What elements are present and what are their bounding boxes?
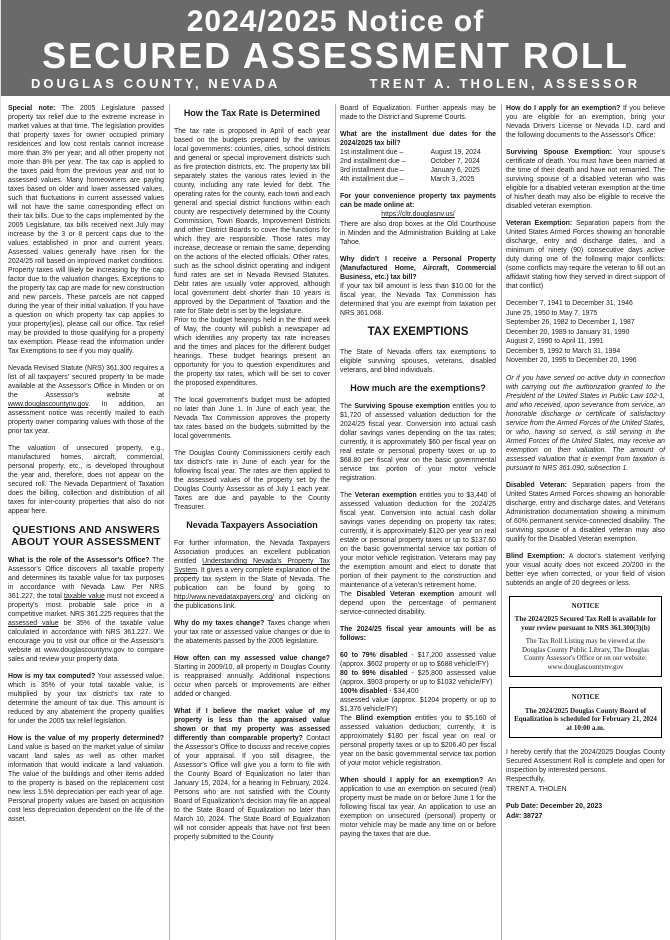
text-segment: I hereby certify that the 2024/2025 Doug… <box>506 749 665 774</box>
when-apply-paragraph: When should I apply for an exemption? An… <box>340 776 496 839</box>
link-text[interactable]: www.douglascountynv.gov <box>8 401 88 408</box>
text-segment: Respectfully, <box>506 776 545 783</box>
fiscal-amounts-lead: The 2024/25 fiscal year amounts will be … <box>340 625 496 643</box>
text-segment: entitles you to $3,440 of assessed valua… <box>340 492 496 589</box>
text-line: Pub Date: December 20, 2023 <box>506 802 665 812</box>
treasurer-payment-link[interactable]: https://cltr.douglasnv.us/ <box>340 210 496 219</box>
drop-boxes-paragraph: There are also drop boxes at the Old Cou… <box>340 220 496 247</box>
text-segment: The tax rate is proposed in April of eac… <box>174 128 330 315</box>
text-segment: If your tax bill amount is less than $10… <box>340 283 496 317</box>
text-line: TRENT A. THOLEN <box>506 785 665 795</box>
installment-date: March 3, 2025 <box>430 175 496 184</box>
signature-block: Respectfully,TRENT A. THOLEN <box>506 775 665 794</box>
notice-line: NOTICE <box>514 693 657 702</box>
conflict-date-line: August 2, 1990 to April 11, 1991 <box>506 337 665 347</box>
taxes-change-paragraph: Why do my taxes change? Taxes change whe… <box>174 619 330 646</box>
title-line-1: 2024/2025 Notice of <box>1 6 670 38</box>
text-segment: An application to use an exemption on se… <box>340 777 496 838</box>
active-duty-paragraph: Or if you have served on active duty in … <box>506 374 665 473</box>
text-segment: For your convenience property tax paymen… <box>340 193 496 209</box>
installment-table: 1st installment due –August 19, 20242nd … <box>340 148 496 184</box>
taxpayers-association-paragraph: For further information, the Nevada Taxp… <box>174 539 330 611</box>
online-payments-lead: For your convenience property tax paymen… <box>340 192 496 210</box>
text-segment: Board of Equalization. Further appeals m… <box>340 105 496 121</box>
installment-label: 2nd installment due – <box>340 157 430 166</box>
assessor-role-paragraph: What is the role of the Assessor's Offic… <box>8 556 164 664</box>
text-segment: Blind exemption <box>356 715 412 722</box>
link-text[interactable]: http://www.nevadataxpayers.org/ <box>174 594 274 601</box>
appeals-continued-paragraph: Board of Equalization. Further appeals m… <box>340 104 496 122</box>
text-segment: . It gives a very complete explanation o… <box>174 567 330 592</box>
column-3: Board of Equalization. Further appeals m… <box>336 104 502 940</box>
text-segment: - $34,400 <box>388 688 419 695</box>
text-segment: Or if you have served on active duty in … <box>506 375 665 472</box>
text-segment: How do I apply for an exemption? <box>506 105 623 112</box>
text-segment: Ad#: 38727 <box>506 813 542 820</box>
text-segment: The <box>340 591 357 598</box>
exemptions-intro-paragraph: The State of Nevada offers tax exemption… <box>340 348 496 375</box>
installment-date: October 7, 2024 <box>430 157 496 166</box>
text-segment: entitles you to $1,720 of assessed valua… <box>340 403 496 482</box>
unsecured-property-paragraph: The valuation of unsecured property, e.g… <box>8 444 164 516</box>
text-segment: Prior to the budget hearings held in the… <box>174 317 330 387</box>
notice-line: The Tax Roll Listing may be viewed at th… <box>514 637 657 671</box>
conflict-date-line: December 7, 1941 to December 31, 1946 <box>506 299 665 309</box>
surviving-spouse-paragraph: The Surviving Spouse exemption entitles … <box>340 402 496 483</box>
text-segment: Veteran exemption <box>355 492 417 499</box>
text-segment: Surviving Spouse Exemption: <box>506 149 618 156</box>
board-equalization-notice-box: NOTICEThe 2024/2025 Douglas County Board… <box>509 687 662 738</box>
section-heading: QUESTIONS AND ANSWERS ABOUT YOUR ASSESSM… <box>8 524 164 548</box>
text-segment: Land value is based on the market value … <box>8 744 164 823</box>
text-segment: The 2005 Legislature passed property tax… <box>8 105 164 355</box>
assessor-name: TRENT A. THOLEN, ASSESSOR <box>370 76 641 91</box>
text-segment: Your spouse's certificate of death. You … <box>506 149 665 210</box>
text-segment: Pub Date: December 20, 2023 <box>506 803 602 810</box>
notice-line: The 2024/2025 Douglas County Board of Eq… <box>514 707 657 733</box>
disabled-veteran-docs-paragraph: Disabled Veteran: Separation papers from… <box>506 481 665 544</box>
text-segment: The Douglas County Commissioners certify… <box>174 450 330 511</box>
installment-label: 3rd installment due – <box>340 166 430 175</box>
text-segment: What is the role of the Assessor's Offic… <box>8 557 152 564</box>
text-segment: 100% disabled <box>340 688 388 695</box>
masthead-subrow: DOUGLAS COUNTY, NEVADA TRENT A. THOLEN, … <box>1 74 670 91</box>
installment-row: 2nd installment due –October 7, 2024 <box>340 157 496 166</box>
column-4: How do I apply for an exemption? If you … <box>502 104 670 940</box>
text-segment: Disabled Veteran exemption <box>357 591 454 598</box>
section-heading: TAX EXEMPTIONS <box>340 326 496 339</box>
text-segment: Surviving Spouse exemption <box>354 403 450 410</box>
section-heading: Nevada Taxpayers Association <box>174 520 330 531</box>
tax-roll-notice-box: NOTICEThe 2024/2025 Secured Tax Roll is … <box>509 596 662 678</box>
title-line-2: SECURED ASSESSMENT ROLL <box>1 38 670 74</box>
text-segment: How is my tax computed? <box>8 673 98 680</box>
conflict-date-line: December 20, 1989 to January 31, 1990 <box>506 328 665 338</box>
text-segment: What are the installment due dates for t… <box>340 131 496 147</box>
text-segment: 60 to 79% disabled <box>340 652 408 659</box>
appeal-paragraph: What if I believe the market value of my… <box>174 707 330 842</box>
section-heading: How much are the exemptions? <box>340 383 496 394</box>
installment-date: January 6, 2025 <box>430 166 496 175</box>
text-segment: Starting in 2009/10, all property in Dou… <box>174 664 330 698</box>
disabled-100: 100% disabled - $34,400 <box>340 687 496 696</box>
tax-rate-paragraph: The tax rate is proposed in April of eac… <box>174 127 330 316</box>
how-apply-paragraph: How do I apply for an exemption? If you … <box>506 104 665 140</box>
installment-row: 4th installment due –March 3, 2025 <box>340 175 496 184</box>
text-segment: Separation papers from the United States… <box>506 220 665 290</box>
blind-exemption-paragraph: The Blind exemption entitles you to $5,1… <box>340 714 496 768</box>
text-segment: How often can my assessed value change? <box>174 655 330 662</box>
value-change-paragraph: How often can my assessed value change? … <box>174 654 330 699</box>
installment-label: 1st installment due – <box>340 148 430 157</box>
text-segment: When should I apply for an exemption? <box>340 777 488 784</box>
text-segment: The valuation of unsecured property, e.g… <box>8 445 164 515</box>
personal-property-answer: If your tax bill amount is less than $10… <box>340 282 496 318</box>
notice-line: NOTICE <box>514 602 657 611</box>
budget-hearings-paragraph: Prior to the budget hearings held in the… <box>174 316 330 388</box>
section-heading: How the Tax Rate is Determined <box>174 108 330 119</box>
installment-row: 1st installment due –August 19, 2024 <box>340 148 496 157</box>
link-text[interactable]: assessed value <box>8 620 59 627</box>
surviving-spouse-docs-paragraph: Surviving Spouse Exemption: Your spouse'… <box>506 148 665 211</box>
link-text[interactable]: taxable value <box>64 593 105 600</box>
installment-question: What are the installment due dates for t… <box>340 130 496 148</box>
text-segment: The 2024/25 fiscal year amounts will be … <box>340 626 496 642</box>
text-segment: Disabled Veteran: <box>506 482 572 489</box>
nrs-361-300-paragraph: Nevada Revised Statute (NRS) 361.300 req… <box>8 364 164 436</box>
masthead: 2024/2025 Notice of SECURED ASSESSMENT R… <box>1 0 670 96</box>
disabled-veteran-amount-paragraph: The Disabled Veteran exemption amount wi… <box>340 590 496 617</box>
text-segment: The local government's budget must be ad… <box>174 397 330 440</box>
installment-date: August 19, 2024 <box>430 148 496 157</box>
certification-paragraph: I hereby certify that the 2024/2025 Doug… <box>506 748 665 775</box>
text-segment: Special note: <box>8 105 62 112</box>
text-segment: Separation papers from the United States… <box>506 482 665 543</box>
notice-line: The 2024/2025 Secured Tax Roll is availa… <box>514 615 657 632</box>
veteran-docs-paragraph: Veteran Exemption: Separation papers fro… <box>506 219 665 291</box>
commissioners-certify-paragraph: The Douglas County Commissioners certify… <box>174 449 330 512</box>
column-2: How the Tax Rate is DeterminedThe tax ra… <box>170 104 336 940</box>
disabled-100-continued: assessed value (approx. $1204 property o… <box>340 696 496 714</box>
text-line: Ad#: 38727 <box>506 812 665 822</box>
text-segment: Nevada Revised Statute (NRS) 361.300 req… <box>8 365 164 399</box>
property-value-paragraph: How is the value of my property determin… <box>8 734 164 824</box>
text-segment: 80 to 99% disabled <box>340 670 408 677</box>
text-segment: Your assessed value, which is 35% of you… <box>8 673 164 725</box>
personal-property-question: Why didn't I receive a Personal Property… <box>340 255 496 282</box>
text-segment: The <box>340 403 354 410</box>
text-segment: Veteran Exemption: <box>506 220 576 227</box>
veteran-exemption-paragraph: The Veteran exemption entitles you to $3… <box>340 491 496 590</box>
text-segment: The State of Nevada offers tax exemption… <box>340 349 496 374</box>
county-name: DOUGLAS COUNTY, NEVADA <box>31 76 280 91</box>
column-1: Special note: The 2005 Legislature passe… <box>4 104 170 940</box>
text-segment: The <box>340 715 356 722</box>
conflict-date-list: December 7, 1941 to December 31, 1946Jun… <box>506 299 665 366</box>
installment-label: 4th installment due – <box>340 175 430 184</box>
text-segment: How is the value of my property determin… <box>8 735 164 742</box>
text-line: Respectfully, <box>506 775 665 785</box>
text-segment: Why do my taxes change? <box>174 620 267 627</box>
conflict-date-line: June 25, 1950 to May 7, 1975 <box>506 309 665 319</box>
tax-computed-paragraph: How is my tax computed? Your assessed va… <box>8 672 164 726</box>
text-segment: Why didn't I receive a Personal Property… <box>340 256 496 281</box>
text-segment: entitles you to $5,160 of assessed valua… <box>340 715 496 767</box>
special-note-paragraph: Special note: The 2005 Legislature passe… <box>8 104 164 356</box>
text-segment: The <box>340 492 355 499</box>
disabled-60-79: 60 to 79% disabled - $17,200 assessed va… <box>340 651 496 669</box>
disabled-80-99: 80 to 99% disabled - $25,800 assessed va… <box>340 669 496 687</box>
conflict-date-line: December 5, 1992 to March 31, 1994 <box>506 347 665 357</box>
conflict-date-line: November 20, 1995 to December 20, 1996 <box>506 356 665 366</box>
publication-block: Pub Date: December 20, 2023Ad#: 38727 <box>506 802 665 821</box>
article-body: Special note: The 2005 Legislature passe… <box>1 96 670 940</box>
notice-page: 2024/2025 Notice of SECURED ASSESSMENT R… <box>0 0 670 940</box>
installment-row: 3rd installment due –January 6, 2025 <box>340 166 496 175</box>
blind-docs-paragraph: Blind Exemption: A doctor's statement ve… <box>506 552 665 588</box>
text-segment: Blind Exemption: <box>506 553 569 560</box>
conflict-date-line: September 26, 1982 to December 1, 1987 <box>506 318 665 328</box>
text-segment: TRENT A. THOLEN <box>506 786 567 793</box>
text-segment: There are also drop boxes at the Old Cou… <box>340 221 496 246</box>
budget-adopted-paragraph: The local government's budget must be ad… <box>174 396 330 441</box>
text-segment: assessed value (approx. $1204 property o… <box>340 697 496 713</box>
text-segment: Contact the Assessor's Office to discuss… <box>174 735 330 841</box>
